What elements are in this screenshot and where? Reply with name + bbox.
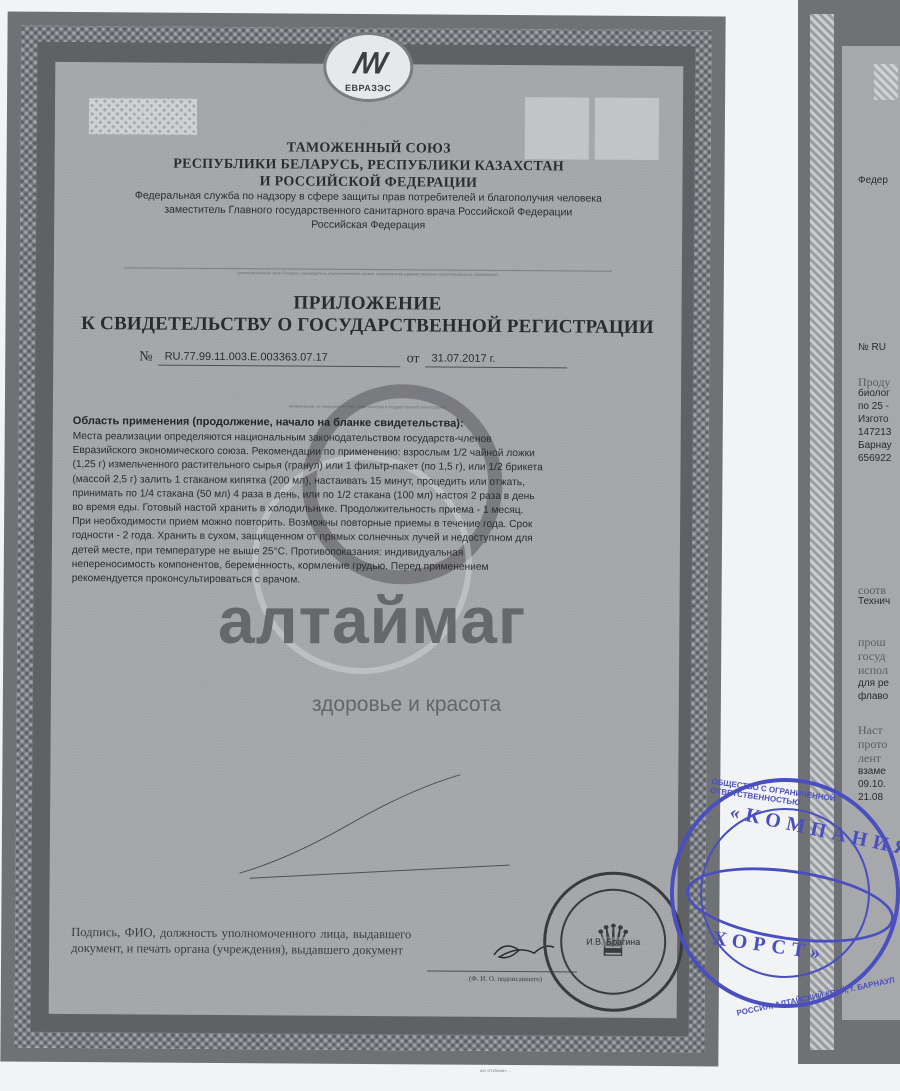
guilloche-pattern (89, 98, 197, 135)
fragment-text: Технич (858, 596, 890, 609)
fragment-text: 09.10. (858, 779, 886, 792)
fragment-text: испол (858, 664, 888, 677)
emblem-label: ЕВРАЗЭС (345, 83, 391, 93)
fragment-text: Изгото (858, 414, 889, 427)
date-label: от (407, 351, 420, 367)
eurasec-emblem-icon: ꟿ (351, 47, 385, 80)
certificate-paper: ТАМОЖЕННЫЙ СОЮЗ РЕСПУБЛИКИ БЕЛАРУСЬ, РЕС… (49, 62, 684, 1018)
fragment-number: № RU (858, 342, 886, 355)
watermark-brand: алтаймаг (218, 585, 526, 655)
number-sign: № (139, 349, 152, 365)
fragment-text: флаво (858, 691, 888, 704)
fragment-text: соотв (858, 584, 886, 597)
fio-caption: (Ф. И. О. подписавшего) (469, 975, 542, 984)
official-seal: ♛ И.В. Брагина (543, 871, 684, 1012)
fragment-text: Федер (858, 175, 888, 188)
registration-line: № RU.77.99.11.003.Е.003363.07.17 от 31.0… (139, 349, 567, 368)
document-subtitle: К СВИДЕТЕЛЬСТВУ О ГОСУДАРСТВЕННОЙ РЕГИСТ… (53, 313, 681, 339)
fragment-text: 656922 (858, 453, 891, 466)
registration-date: 31.07.2017 г. (425, 352, 567, 368)
fragment-text: для ре (858, 678, 889, 691)
fragment-text: 147213 (858, 427, 891, 440)
pen-stroke (230, 763, 531, 895)
fragment-text: госуд (858, 650, 885, 663)
fragment-text: Проду (858, 376, 890, 389)
fragment-text: по 25 - (858, 401, 889, 414)
fragment-text: Барнау (858, 440, 892, 453)
signer-name: И.В. Брагина (586, 937, 640, 947)
section-title: Область применения (продолжение, начало … (73, 415, 464, 430)
printer-imprint: АО «ГОЗНАК» ... (480, 1068, 511, 1073)
header-fine-print: (уполномоченный орган Стороны, руководит… (124, 267, 612, 277)
fragment-text: биолог (858, 388, 890, 401)
watermark-tagline: здоровье и красота (312, 693, 501, 717)
registration-number: RU.77.99.11.003.Е.003363.07.17 (159, 351, 401, 368)
fragment-text: лент (858, 752, 881, 765)
fragment-text: прош (858, 636, 886, 649)
signature-label: Подпись, ФИО, должность уполномоченного … (71, 924, 411, 958)
country-name: Российская Федерация (54, 216, 682, 234)
eurasec-emblem: ꟿ ЕВРАЗЭС (323, 32, 413, 103)
fragment-text: Наст (858, 724, 883, 737)
application-text: Места реализации определяются национальн… (72, 430, 667, 590)
fragment-text: прото (858, 738, 887, 751)
certificate-sheet: ТАМОЖЕННЫЙ СОЮЗ РЕСПУБЛИКИ БЕЛАРУСЬ, РЕС… (0, 12, 725, 1067)
guilloche-pattern (874, 64, 898, 100)
fragment-text: взаме (858, 766, 886, 779)
